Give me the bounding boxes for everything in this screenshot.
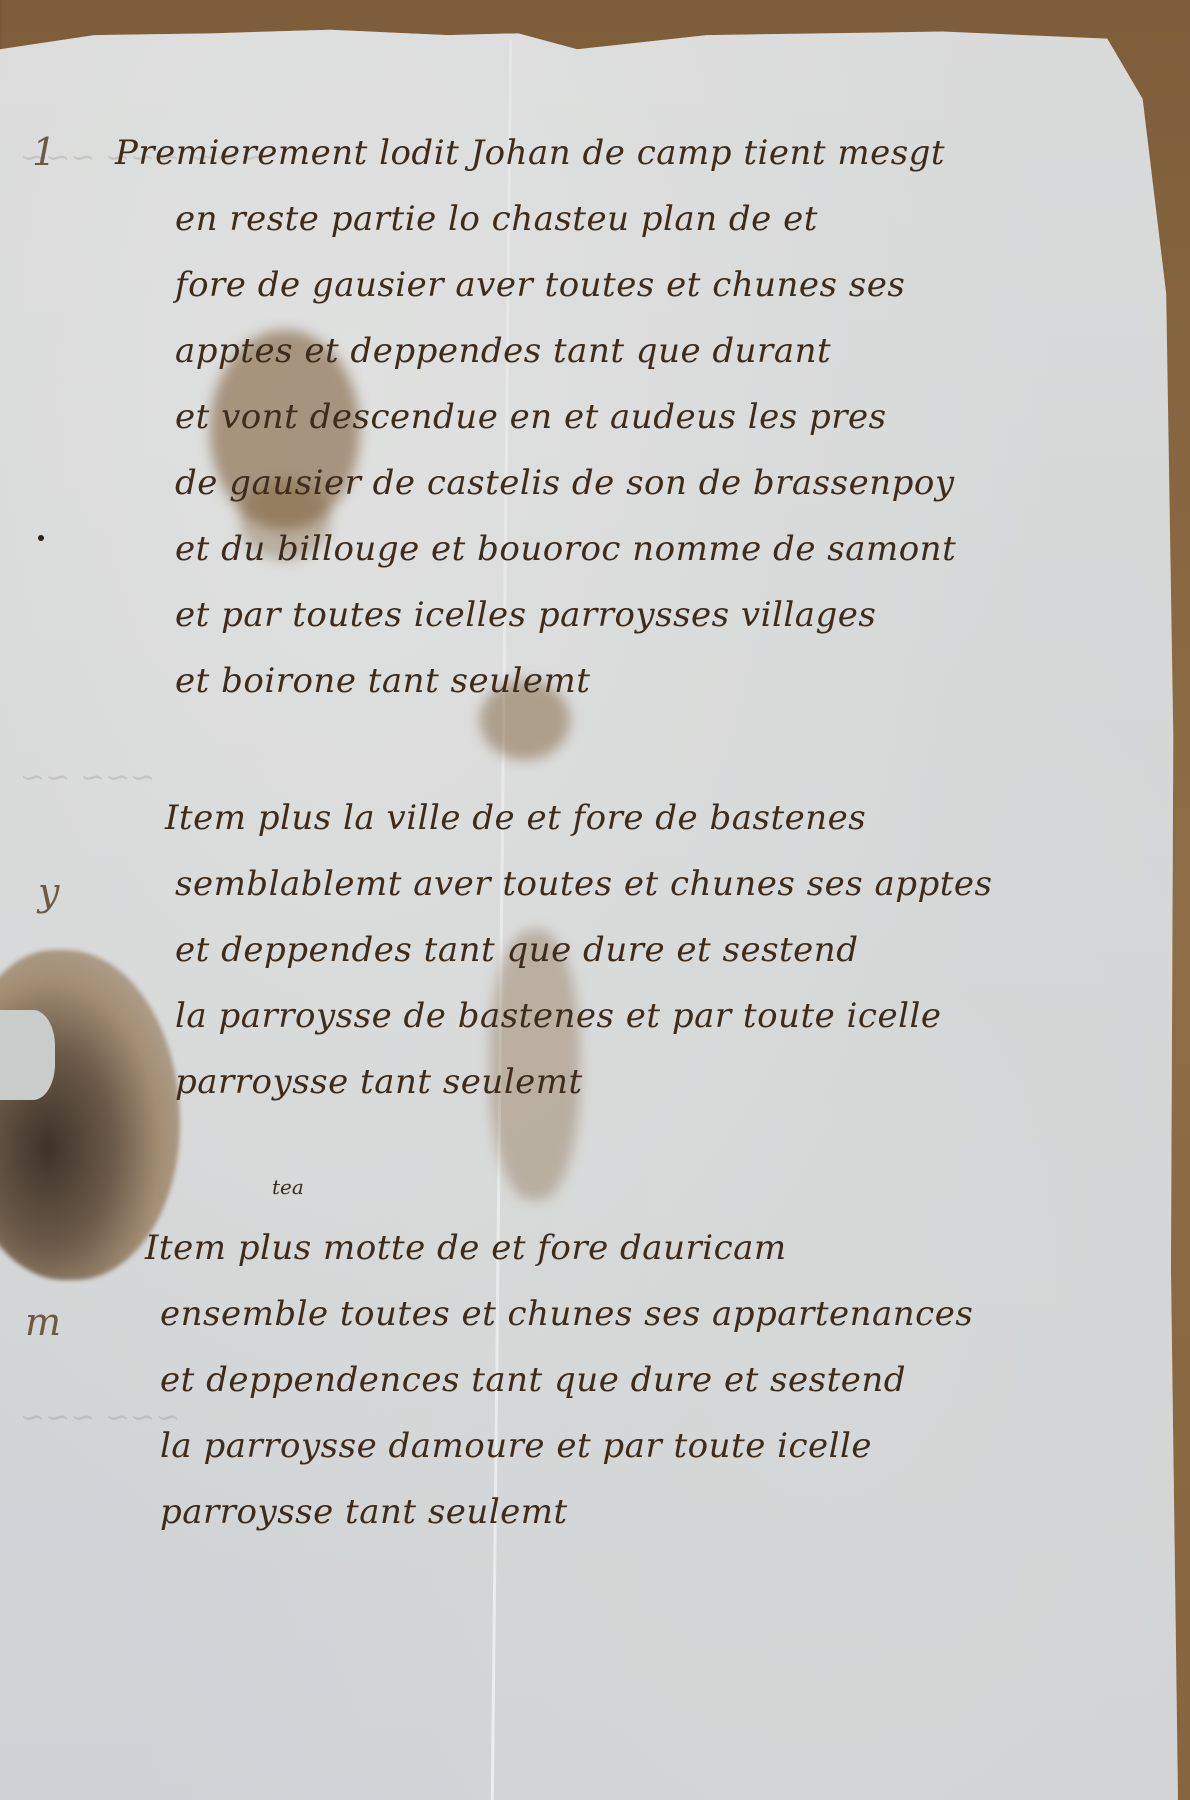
text-line: et du billouge et bouoroc nomme de samon… — [175, 516, 956, 582]
show-through-text: ~~~ ~~~ — [20, 1400, 180, 1435]
text-line: parroysse tant seulemt — [160, 1479, 973, 1545]
text-line: et boirone tant seulemt — [175, 648, 956, 714]
text-line: et deppendences tant que dure et sestend — [160, 1347, 973, 1413]
interlinear-insertion: tea — [272, 1175, 304, 1199]
text-line: Premierement lodit Johan de camp tient m… — [115, 120, 956, 186]
paragraph-premierement: Premierement lodit Johan de camp tient m… — [175, 120, 956, 714]
margin-mark: 1 — [32, 130, 56, 174]
text-line: semblablemt aver toutes et chunes ses ap… — [175, 851, 992, 917]
text-line: et par toutes icelles parroysses village… — [175, 582, 956, 648]
text-line: de gausier de castelis de son de brassen… — [175, 450, 956, 516]
text-line: en reste partie lo chasteu plan de et — [175, 186, 956, 252]
text-line: et deppendes tant que dure et sestend — [175, 917, 992, 983]
text-line: Item plus motte de et fore dauricam — [145, 1215, 973, 1281]
margin-mark: m — [25, 1300, 61, 1344]
text-line: apptes et deppendes tant que durant — [175, 318, 956, 384]
text-line: ensemble toutes et chunes ses appartenan… — [160, 1281, 973, 1347]
text-line: Item plus la ville de et fore de bastene… — [165, 785, 992, 851]
paragraph-item-bastenes: Item plus la ville de et fore de bastene… — [175, 785, 992, 1115]
paragraph-item-dauricam: Item plus motte de et fore dauricam ense… — [160, 1215, 973, 1545]
text-line: la parroysse damoure et par toute icelle — [160, 1413, 973, 1479]
show-through-text: ~~~ ~~ — [20, 760, 155, 795]
text-line: parroysse tant seulemt — [175, 1049, 992, 1115]
margin-mark: y — [38, 870, 59, 914]
text-line: fore de gausier aver toutes et chunes se… — [175, 252, 956, 318]
paper-hole — [0, 1010, 55, 1100]
ink-dot — [38, 535, 44, 541]
text-line: et vont descendue en et audeus les pres — [175, 384, 956, 450]
text-line: la parroysse de bastenes et par toute ic… — [175, 983, 992, 1049]
